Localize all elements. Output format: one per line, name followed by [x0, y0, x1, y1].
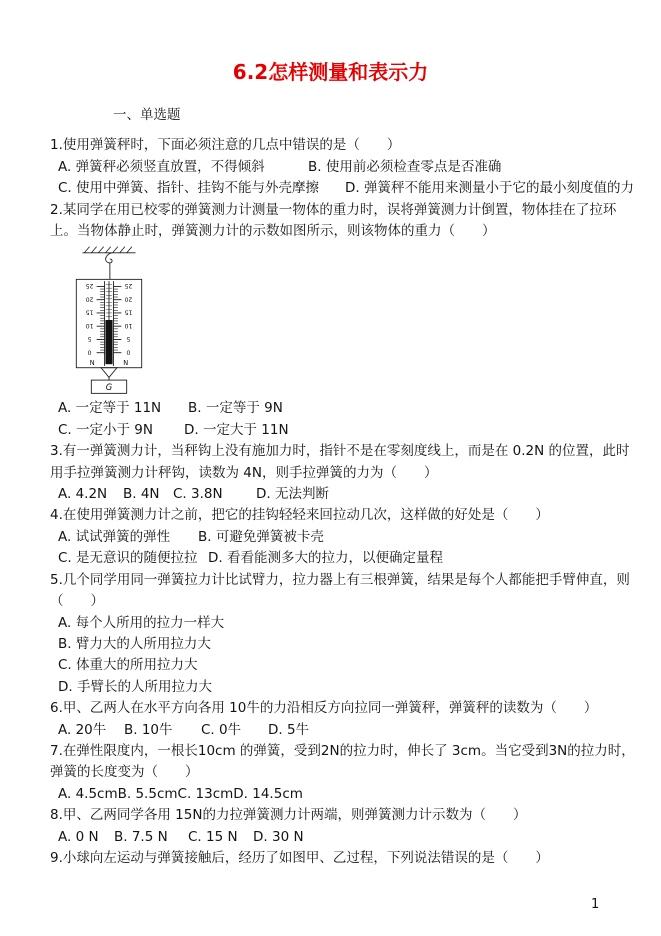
worksheet-page: 6.2怎样测量和表示力 一、单选题 1.使用弹簧秤时，下面必须注意的几点中错误的…	[0, 0, 661, 936]
scale-ticks-right	[113, 287, 121, 353]
scale-number: 25	[124, 283, 132, 290]
scale-number: 20	[124, 296, 132, 303]
question-1: 1.使用弹簧秤时，下面必须注意的几点中错误的是（ ） A. 弹簧秤必须竖直放置，…	[50, 135, 643, 199]
page-number: 1	[591, 894, 599, 915]
question-4-options: A. 试试弹簧的弹性 B. 可避免弹簧被卡壳 C. 是无意识的随便拉拉 D. 看…	[58, 527, 643, 570]
scale-number: 25	[86, 283, 94, 290]
page-title: 6.2怎样测量和表示力	[0, 0, 661, 86]
option-7b: B. 5.5cm	[118, 784, 178, 805]
options-row: C. 一定小于 9N D. 一定大于 11N	[58, 420, 643, 441]
newton-unit-label: N	[123, 360, 128, 368]
option-5b: B. 臂力大的人所用拉力大	[58, 634, 211, 655]
question-4: 4.在使用弹簧测力计之前，把它的挂钩轻轻来回拉动几次，这样做的好处是（ ） A.…	[50, 505, 643, 569]
scale-number: 10	[86, 322, 94, 329]
question-2: 2.某同学在用已校零的弹簧测力计测量一物体的重力时，误将弹簧测力计倒置，物体挂在…	[50, 200, 643, 442]
option-6d: D. 5牛	[268, 720, 309, 741]
option-1d: D. 弹簧秤不能用来测量小于它的最小刻度值的力	[345, 178, 634, 199]
options-row: A. 4.5cm B. 5.5cm C. 13cm D. 14.5cm	[58, 784, 643, 805]
scale-number: 5	[126, 336, 130, 343]
scale-number: 15	[86, 309, 94, 316]
question-3: 3.有一弹簧测力计，当秤钩上没有施加力时，指针不是在零刻度线上，而是在 0.2N…	[50, 441, 643, 505]
question-8-options: A. 0 N B. 7.5 N C. 15 N D. 30 N	[58, 827, 643, 848]
option-6c: C. 0牛	[201, 720, 268, 741]
options-row: A. 一定等于 11N B. 一定等于 9N	[58, 398, 643, 419]
option-4a: A. 试试弹簧的弹性	[58, 527, 198, 548]
scale-number: 0	[126, 349, 130, 356]
question-2-options: A. 一定等于 11N B. 一定等于 9N C. 一定小于 9N D. 一定大…	[58, 398, 643, 441]
spring	[105, 320, 112, 364]
question-2-text: 2.某同学在用已校零的弹簧测力计测量一物体的重力时，误将弹簧测力计倒置，物体挂在…	[50, 200, 643, 243]
options-row: A. 0 N B. 7.5 N C. 15 N D. 30 N	[58, 827, 643, 848]
question-9: 9.小球向左运动与弹簧接触后，经历了如图甲、乙过程，下列说法错误的是（ ）	[50, 848, 643, 869]
question-5: 5.几个同学用同一弹簧拉力计比试臂力，拉力器上有三根弹簧，结果是每个人都能把手臂…	[50, 570, 643, 698]
options-row: C. 体重大的所用拉力大	[58, 655, 643, 676]
question-8: 8.甲、乙两同学各用 15N的力拉弹簧测力计两端，则弹簧测力计示数为（ ） A.…	[50, 805, 643, 848]
option-8d: D. 30 N	[253, 827, 304, 848]
option-6b: B. 10牛	[124, 720, 201, 741]
options-row: C. 使用中弹簧、指针、挂钩不能与外壳摩擦 D. 弹簧秤不能用来测量小于它的最小…	[58, 178, 643, 199]
option-8b: B. 7.5 N	[114, 827, 188, 848]
question-6-text: 6.甲、乙两人在水平方向各用 10牛的力沿相反方向拉同一弹簧秤，弹簧秤的读数为（…	[50, 698, 643, 719]
question-3-text: 3.有一弹簧测力计，当秤钩上没有施加力时，指针不是在零刻度线上，而是在 0.2N…	[50, 441, 643, 484]
ceiling-hatching	[84, 247, 132, 253]
question-7: 7.在弹性限度内，一根长10cm 的弹簧，受到2N的拉力时，伸长了 3cm。当它…	[50, 741, 643, 805]
question-9-text: 9.小球向左运动与弹簧接触后，经历了如图甲、乙过程，下列说法错误的是（ ）	[50, 848, 643, 869]
scale-number: 5	[88, 336, 92, 343]
option-7a: A. 4.5cm	[58, 784, 118, 805]
options-row: A. 试试弹簧的弹性 B. 可避免弹簧被卡壳	[58, 527, 643, 548]
option-2b: B. 一定等于 9N	[188, 398, 283, 419]
scale-number: 10	[124, 322, 132, 329]
options-row: B. 臂力大的人所用拉力大	[58, 634, 643, 655]
options-row: A. 弹簧秤必须竖直放置，不得倾斜 B. 使用前必须检查零点是否准确	[58, 157, 643, 178]
options-row: C. 是无意识的随便拉拉 D. 看看能测多大的拉力，以便确定量程	[58, 548, 643, 569]
question-7-options: A. 4.5cm B. 5.5cm C. 13cm D. 14.5cm	[58, 784, 643, 805]
scale-number: 20	[86, 296, 94, 303]
question-1-options: A. 弹簧秤必须竖直放置，不得倾斜 B. 使用前必须检查零点是否准确 C. 使用…	[58, 157, 643, 200]
option-3a: A. 4.2N	[58, 484, 123, 505]
scale-number: 0	[88, 349, 92, 356]
option-4c: C. 是无意识的随便拉拉	[58, 548, 208, 569]
question-5-text: 5.几个同学用同一弹簧拉力计比试臂力，拉力器上有三根弹簧，结果是每个人都能把手臂…	[50, 570, 643, 613]
weight-label: G	[106, 382, 113, 392]
option-3c: C. 3.8N	[173, 484, 256, 505]
option-7d: D. 14.5cm	[233, 784, 303, 805]
question-1-text: 1.使用弹簧秤时，下面必须注意的几点中错误的是（ ）	[50, 135, 643, 156]
options-row: A. 20牛 B. 10牛 C. 0牛 D. 5牛	[58, 720, 643, 741]
option-6a: A. 20牛	[58, 720, 124, 741]
option-1a: A. 弹簧秤必须竖直放置，不得倾斜	[58, 157, 308, 178]
options-row: A. 4.2N B. 4N C. 3.8N D. 无法判断	[58, 484, 643, 505]
question-8-text: 8.甲、乙两同学各用 15N的力拉弹簧测力计两端，则弹簧测力计示数为（ ）	[50, 805, 643, 826]
option-7c: C. 13cm	[178, 784, 234, 805]
option-2c: C. 一定小于 9N	[58, 420, 184, 441]
option-4b: B. 可避免弹簧被卡壳	[198, 527, 324, 548]
page-content: 一、单选题 1.使用弹簧秤时，下面必须注意的几点中错误的是（ ） A. 弹簧秤必…	[0, 105, 661, 869]
option-4d: D. 看看能测多大的拉力，以便确定量程	[208, 548, 443, 569]
bottom-hook-mount	[101, 368, 117, 378]
options-row: A. 每个人所用的拉力一样大	[58, 613, 643, 634]
option-8a: A. 0 N	[58, 827, 114, 848]
question-5-options: A. 每个人所用的拉力一样大 B. 臂力大的人所用拉力大 C. 体重大的所用拉力…	[58, 613, 643, 699]
option-3b: B. 4N	[123, 484, 173, 505]
spring-scale-figure: 25 20 15 10 5 0 25 20 15 10 5 0 N N G	[66, 244, 152, 396]
option-1b: B. 使用前必须检查零点是否准确	[308, 157, 501, 178]
section-heading: 一、单选题	[113, 105, 643, 126]
question-6-options: A. 20牛 B. 10牛 C. 0牛 D. 5牛	[58, 720, 643, 741]
option-2a: A. 一定等于 11N	[58, 398, 188, 419]
option-8c: C. 15 N	[188, 827, 253, 848]
option-2d: D. 一定大于 11N	[184, 420, 289, 441]
option-5a: A. 每个人所用的拉力一样大	[58, 613, 224, 634]
scale-number: 15	[124, 309, 132, 316]
question-4-text: 4.在使用弹簧测力计之前，把它的挂钩轻轻来回拉动几次，这样做的好处是（ ）	[50, 505, 643, 526]
question-6: 6.甲、乙两人在水平方向各用 10牛的力沿相反方向拉同一弹簧秤，弹簧秤的读数为（…	[50, 698, 643, 741]
option-1c: C. 使用中弹簧、指针、挂钩不能与外壳摩擦	[58, 178, 345, 199]
scale-ticks-left	[97, 287, 105, 353]
option-5c: C. 体重大的所用拉力大	[58, 655, 198, 676]
hook-icon	[106, 253, 112, 263]
option-3d: D. 无法判断	[256, 484, 329, 505]
newton-unit-label: N	[90, 360, 95, 368]
question-7-text: 7.在弹性限度内，一根长10cm 的弹簧，受到2N的拉力时，伸长了 3cm。当它…	[50, 741, 643, 784]
options-row: D. 手臂长的人所用拉力大	[58, 677, 643, 698]
question-3-options: A. 4.2N B. 4N C. 3.8N D. 无法判断	[58, 484, 643, 505]
option-5d: D. 手臂长的人所用拉力大	[58, 677, 212, 698]
